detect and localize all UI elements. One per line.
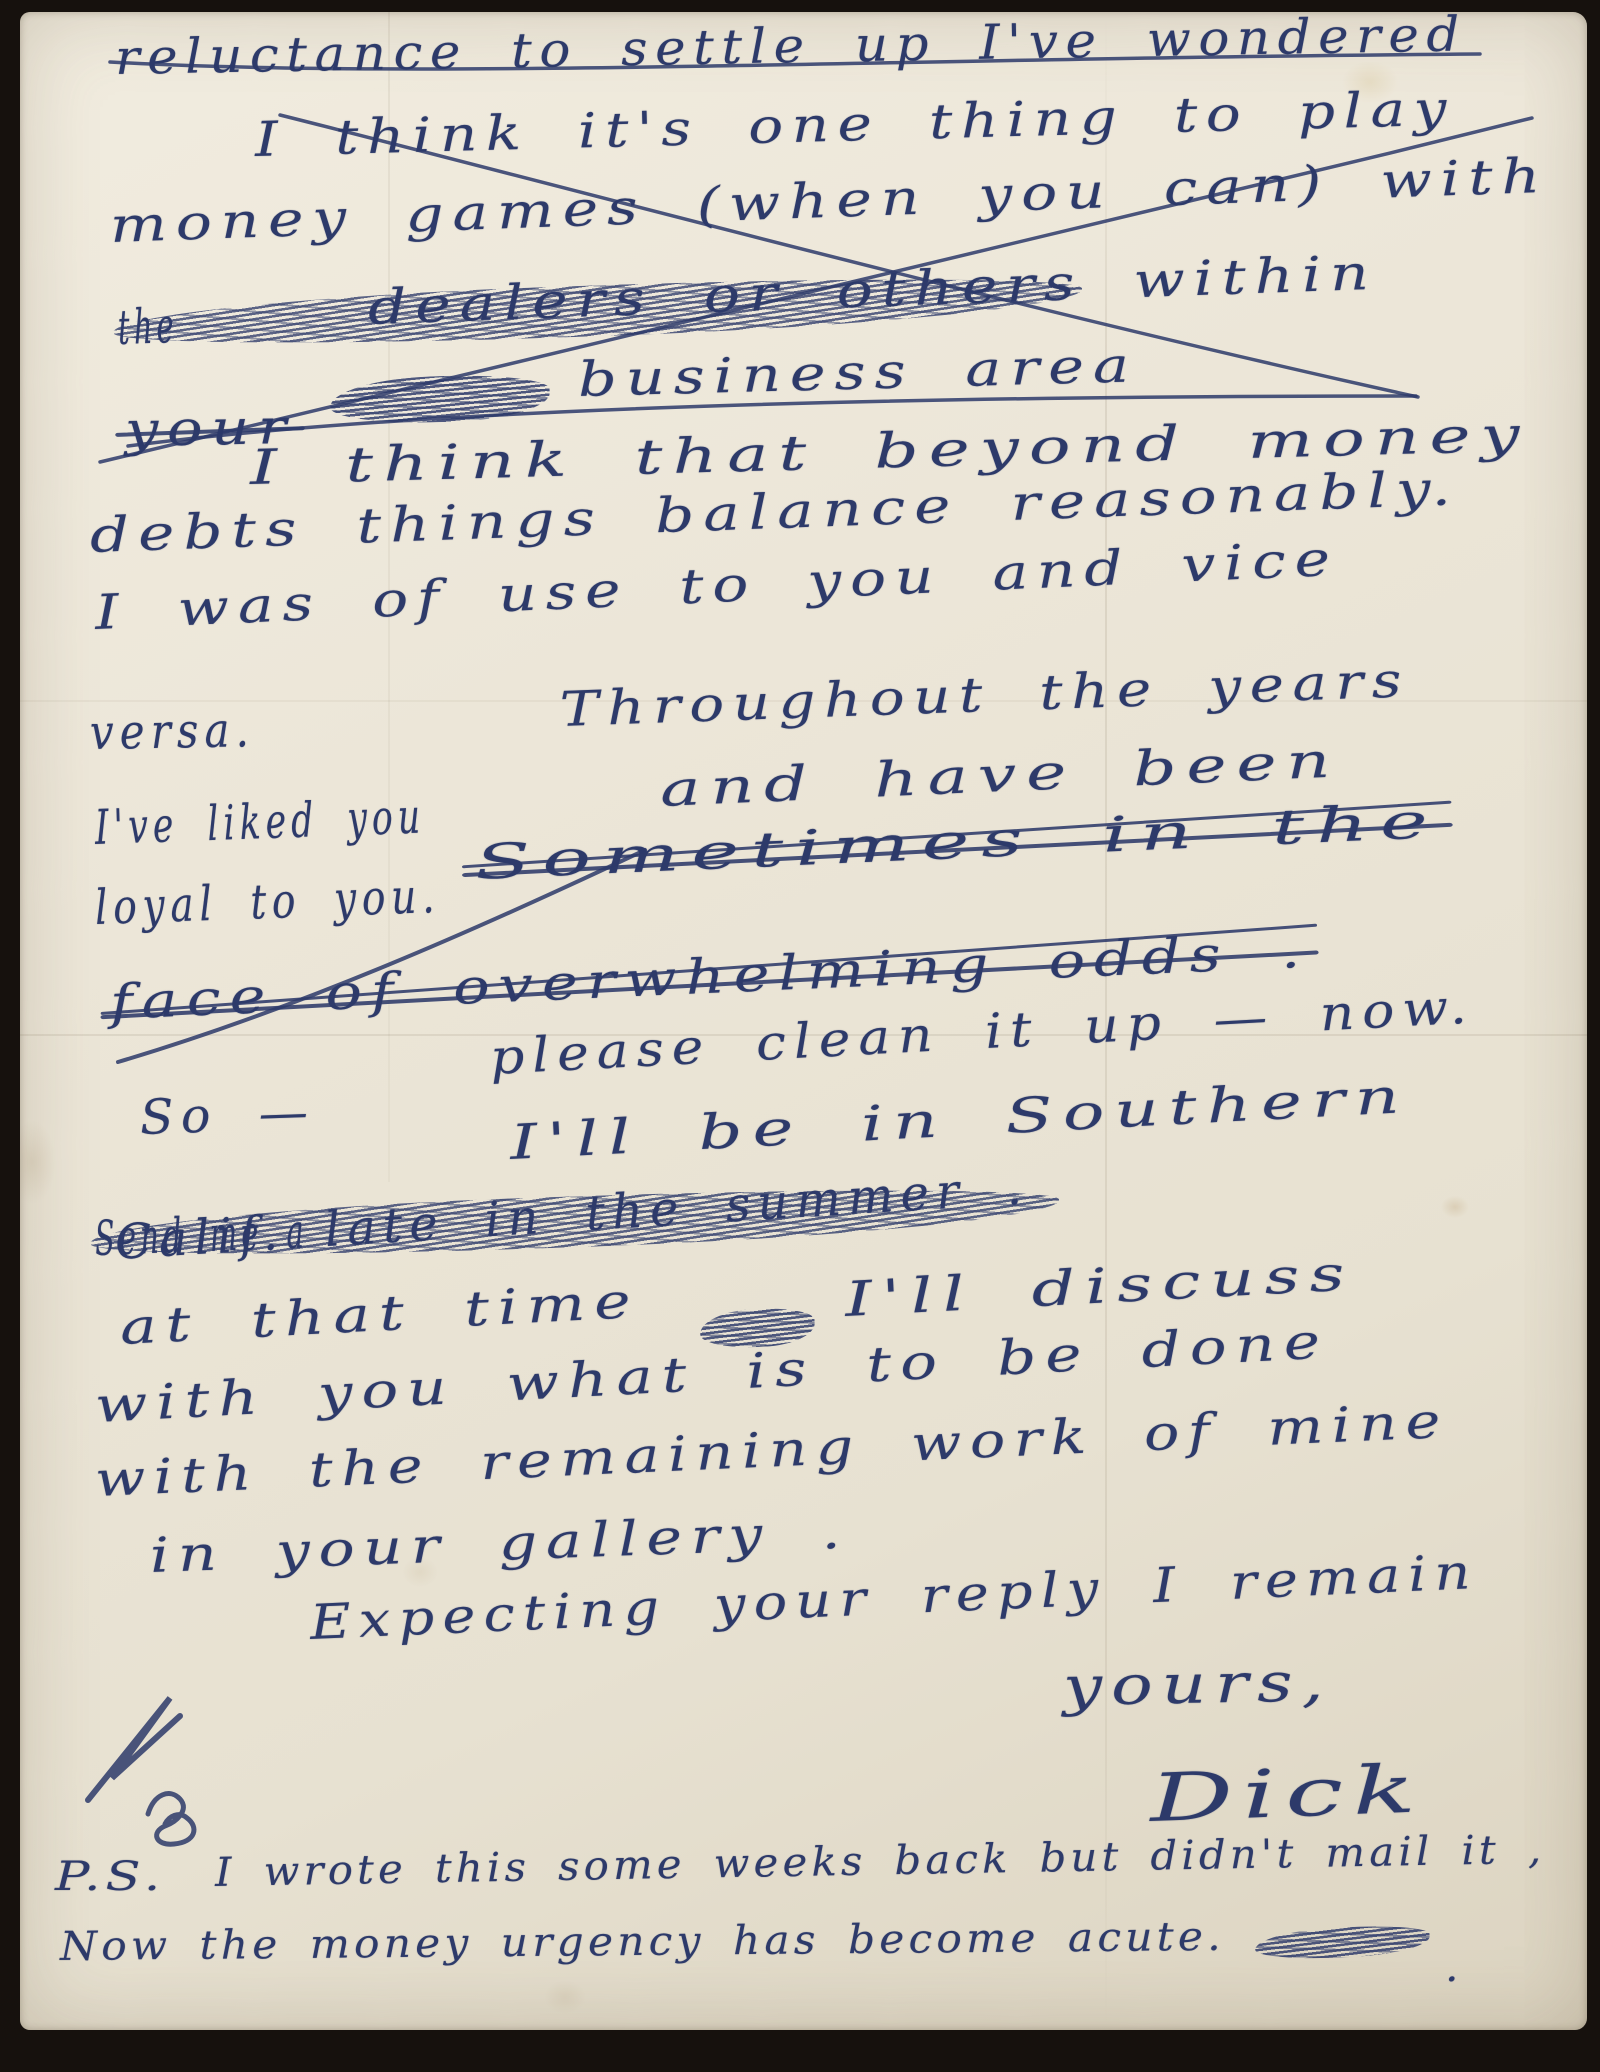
ps-period: . [1445,1945,1463,1991]
line-22-yours: yours, [1062,1650,1332,1718]
line-11-struck: Sometimes in the [474,793,1441,891]
line-10: I've liked you [94,788,426,855]
line-14: I'll be in Southern [509,1068,1411,1171]
scan-background: { "scan": { "paper_color": "#ebe6d8", "e… [0,0,1600,2072]
line-05-scribbled-word [329,372,550,426]
line-13-so: So — [139,1084,316,1146]
signature-dick: Dick [1149,1750,1426,1837]
line-17a: at that time [119,1273,641,1356]
line-09-versa: versa. [90,702,256,761]
ps-label: P.S. [55,1854,165,1900]
line-20: in your gallery . [149,1504,850,1584]
line-09: Throughout the years [559,652,1411,738]
line-05: business area [577,337,1138,408]
ps-line-1: I wrote this some weeks back but didn't … [215,1827,1546,1896]
line-16: Calif. late in the summer . [113,1159,1030,1271]
ps-scribbled-word [1254,1923,1430,1962]
ps-line-2: Now the money urgency has become acute. [60,1914,1225,1970]
line-11: loyal to you. [94,868,441,936]
handwriting-layer: reluctance to settle up I've wonderedI t… [0,0,1600,2072]
line-02: I think it's one thing to play [254,81,1455,168]
line-01-struck: reluctance to settle up I've wondered [115,6,1468,86]
